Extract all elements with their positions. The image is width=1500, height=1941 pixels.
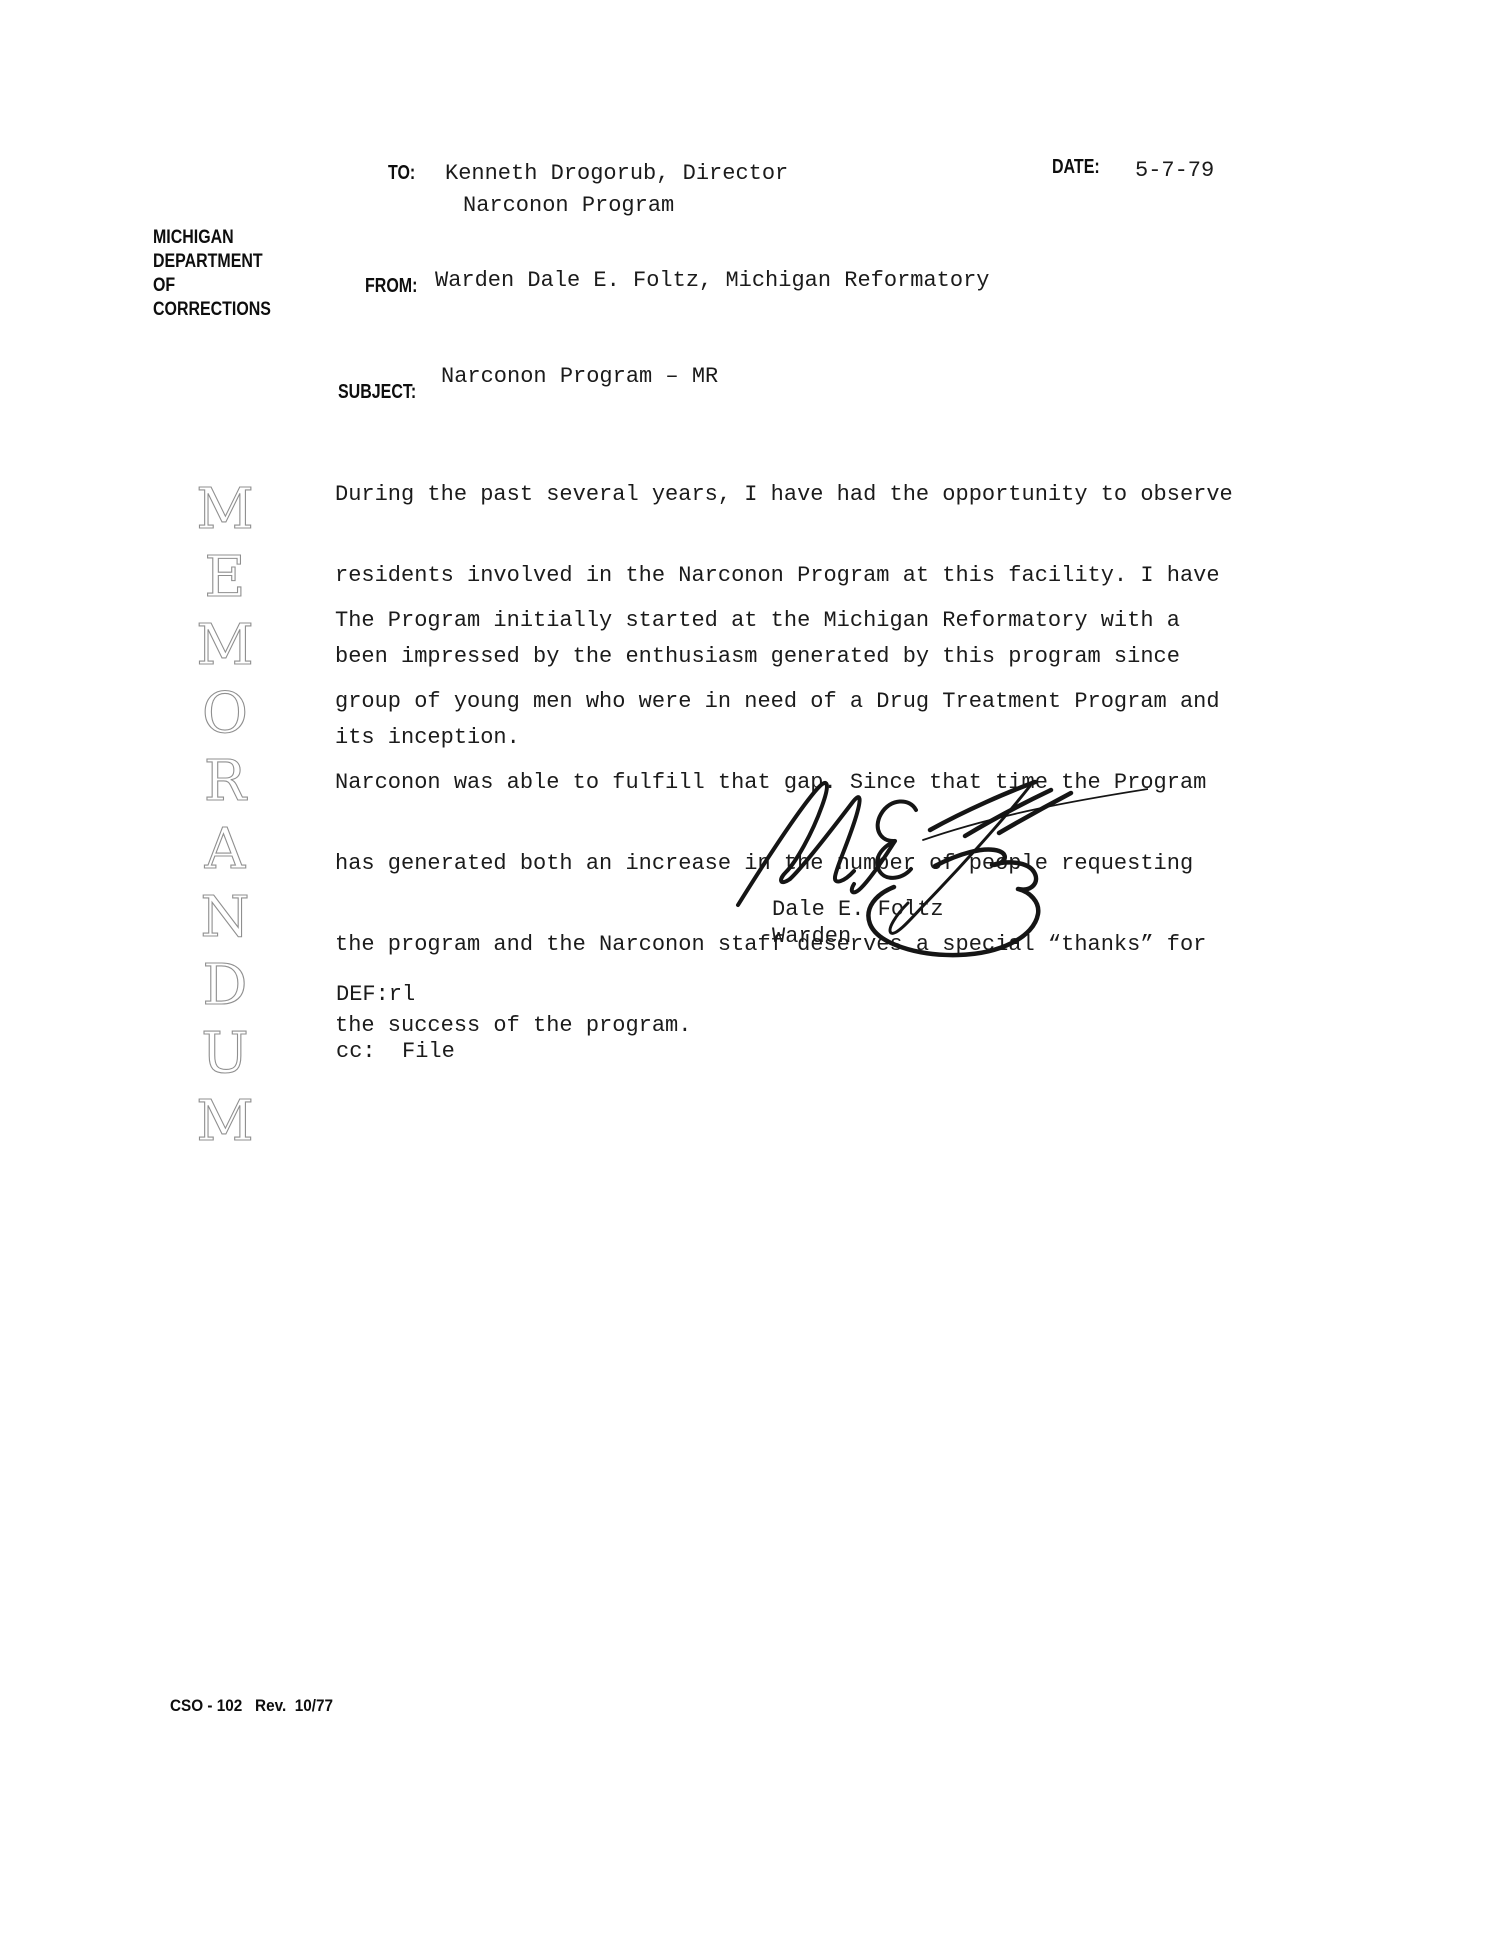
body-line: the success of the program. [335,1012,1220,1039]
watermark-letter: N [201,885,250,950]
date-value: 5-7-79 [1135,157,1214,184]
from-label: FROM: [365,275,417,298]
cc-line: cc: File [336,1038,455,1065]
subject-label: SUBJECT: [338,381,416,404]
signature-name: Dale E. Foltz [772,896,944,923]
to-recipient-name: Kenneth Drogorub, Director [445,160,788,187]
form-number: CSO - 102 Rev. 10/77 [170,1696,333,1716]
watermark-letter: O [202,681,248,746]
typist-reference: DEF:rl [336,981,415,1008]
watermark-letter: M [196,613,253,678]
org-line: OF [153,274,271,298]
to-label: TO: [388,162,415,185]
letterhead-org: MICHIGAN DEPARTMENT OF CORRECTIONS [153,226,271,322]
watermark-letter: A [204,817,246,882]
org-line: DEPARTMENT [153,250,271,274]
to-recipient-org: Narconon Program [463,192,674,219]
watermark-letter: E [205,545,246,610]
body-line: group of young men who were in need of a… [335,688,1220,715]
watermark-letter: M [196,1089,253,1154]
subject-value: Narconon Program – MR [441,363,718,390]
watermark-letter: U [201,1021,248,1086]
body-line: The Program initially started at the Mic… [335,607,1220,634]
signature-title: Warden [772,923,851,950]
date-label: DATE: [1052,156,1100,179]
watermark-letter: D [203,953,248,1018]
body-line: During the past several years, I have ha… [335,481,1233,508]
memo-page: TO: Kenneth Drogorub, Director Narconon … [0,0,1500,1941]
from-value: Warden Dale E. Foltz, Michigan Reformato… [435,267,990,294]
memorandum-watermark: M E M O R A N D U M [160,470,290,1170]
watermark-letter: R [204,749,248,814]
org-line: CORRECTIONS [153,298,271,322]
org-line: MICHIGAN [153,226,271,250]
watermark-letter: M [196,477,253,542]
